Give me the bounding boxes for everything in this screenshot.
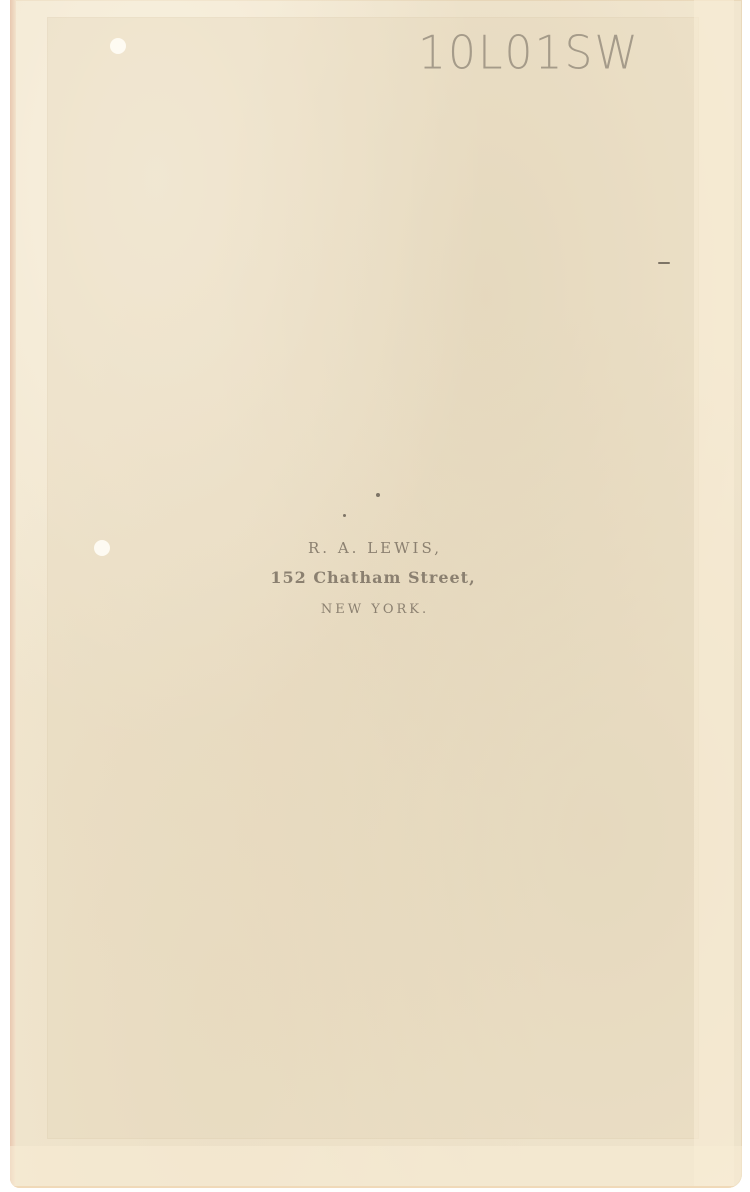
photographer-name: R. A. LEWIS, [0,533,750,563]
photographer-imprint: R. A. LEWIS, 152 Chatham Street, NEW YOR… [0,533,750,625]
studio-city: NEW YORK. [0,595,750,625]
paper-speck [343,514,346,517]
card-bottom-margin [10,1146,742,1188]
paper-spot [110,38,126,54]
handwritten-catalog-number: 10L01SW [418,27,640,81]
paper-mark [658,262,670,264]
paper-speck [376,493,380,497]
studio-address: 152 Chatham Street, [0,563,750,593]
